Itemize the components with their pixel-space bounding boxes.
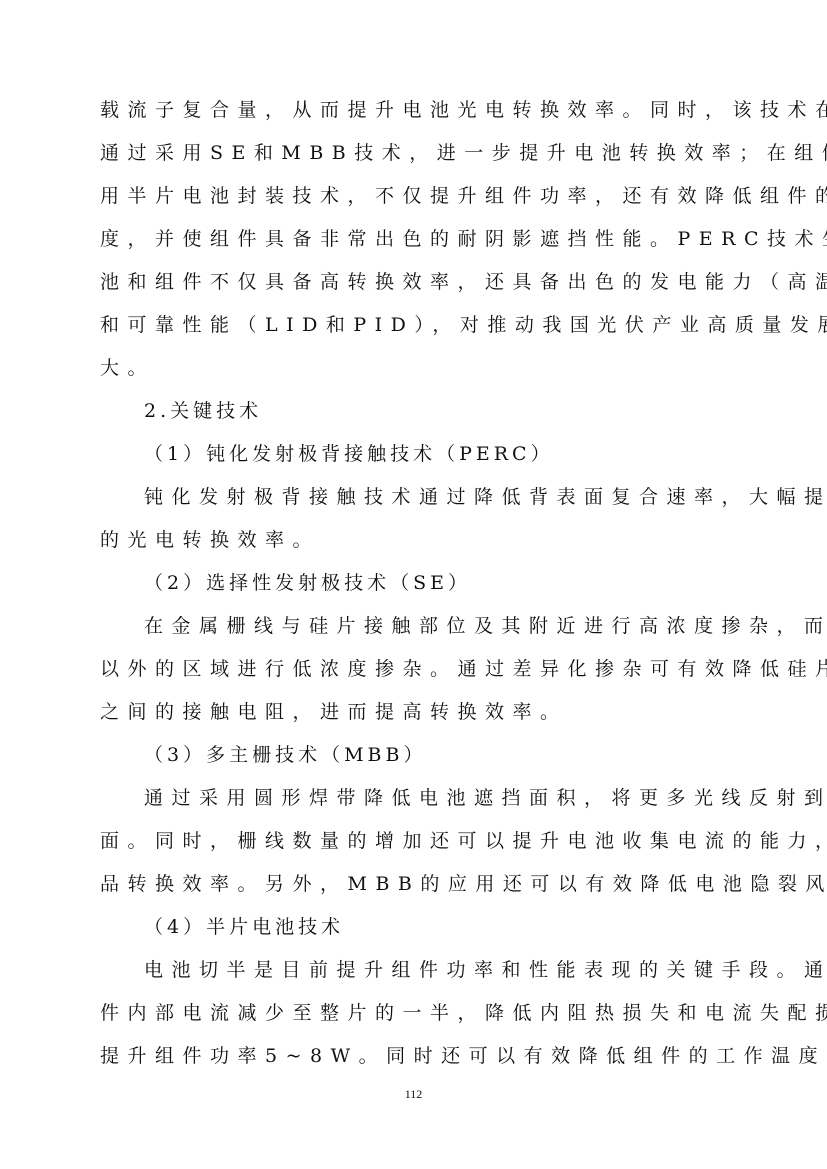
section-heading: （4）半片电池技术 [144, 915, 784, 939]
section-heading: （1）钝化发射极背接触技术（PERC） [144, 442, 784, 466]
section-heading: 2.关键技术 [144, 399, 784, 423]
paragraph-line: 通过采用圆形焊带降低电池遮挡面积，将更多光线反射到电池表 [144, 786, 784, 810]
paragraph-line: 池和组件不仅具备高转换效率，还具备出色的发电能力（高温、弱光） [100, 270, 740, 294]
section-heading: （2）选择性发射极技术（SE） [144, 571, 784, 595]
paragraph-line: 以外的区域进行低浓度掺杂。通过差异化掺杂可有效降低硅片和电极 [100, 657, 740, 681]
paragraph-line: 提升组件功率5~8W。同时还可以有效降低组件的工作温度，并具备 [100, 1044, 740, 1068]
paragraph-line: 品转换效率。另外，MBB的应用还可以有效降低电池隐裂风险。 [100, 872, 740, 896]
document-page: 载流子复合量，从而提升电池光电转换效率。同时，该技术在电池端通过采用SE和MBB… [0, 0, 827, 1169]
paragraph-line: 通过采用SE和MBB技术，进一步提升电池转换效率；在组件端采 [100, 141, 740, 165]
paragraph-line: 之间的接触电阻，进而提高转换效率。 [100, 700, 740, 724]
paragraph-line: 件内部电流减少至整片的一半，降低内阻热损失和电流失配损失，可 [100, 1001, 740, 1025]
paragraph-line: 在金属栅线与硅片接触部位及其附近进行高浓度掺杂，而在电极 [144, 614, 784, 638]
paragraph-line: 面。同时，栅线数量的增加还可以提升电池收集电流的能力，提升产 [100, 829, 740, 853]
section-heading: （3）多主栅技术（MBB） [144, 743, 784, 767]
paragraph-line: 的光电转换效率。 [100, 528, 740, 552]
paragraph-line: 载流子复合量，从而提升电池光电转换效率。同时，该技术在电池端 [100, 98, 740, 122]
paragraph-line: 用半片电池封装技术，不仅提升组件功率，还有效降低组件的工作温 [100, 184, 740, 208]
page-number: 112 [0, 1087, 827, 1102]
paragraph-line: 钝化发射极背接触技术通过降低背表面复合速率，大幅提升电池 [144, 485, 784, 509]
paragraph-line: 和可靠性能（LID和PID），对推动我国光伏产业高质量发展意义重 [100, 313, 740, 337]
paragraph-line: 度，并使组件具备非常出色的耐阴影遮挡性能。PERC技术生产的电 [100, 227, 740, 251]
paragraph-line: 电池切半是目前提升组件功率和性能表现的关键手段。通过将组 [144, 958, 784, 982]
paragraph-line: 大。 [100, 356, 740, 380]
